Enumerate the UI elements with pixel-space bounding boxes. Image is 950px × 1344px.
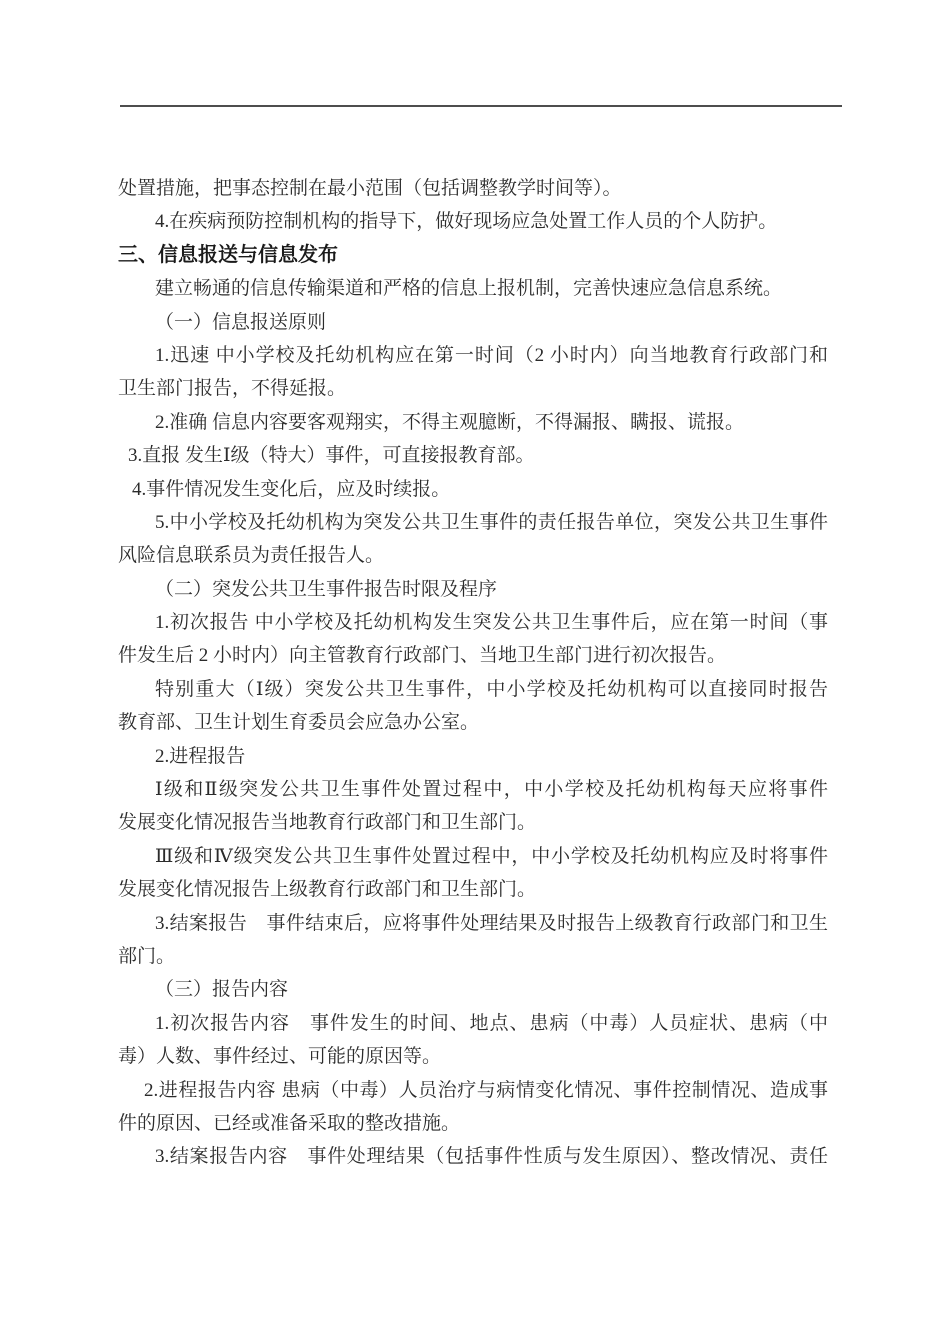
text-line: 件的原因、已经或准备采取的整改措施。 [118, 1107, 828, 1140]
text-line: 处置措施，把事态控制在最小范围（包括调整教学时间等）。 [118, 172, 828, 205]
text-line: 建立畅通的信息传输渠道和严格的信息上报机制，完善快速应急信息系统。 [118, 272, 828, 305]
header-divider [120, 105, 842, 107]
text-line: 3.结案报告 事件结束后，应将事件处理结果及时报告上级教育行政部门和卫生 [118, 907, 828, 940]
text-line: 5.中小学校及托幼机构为突发公共卫生事件的责任报告单位，突发公共卫生事件 [118, 506, 828, 539]
document-body: 处置措施，把事态控制在最小范围（包括调整教学时间等）。4.在疾病预防控制机构的指… [118, 172, 828, 1174]
text-line: Ⅲ级和Ⅳ级突发公共卫生事件处置过程中，中小学校及托幼机构应及时将事件 [118, 840, 828, 873]
text-line: 1.初次报告 中小学校及托幼机构发生突发公共卫生事件后，应在第一时间（事 [118, 606, 828, 639]
text-line: 2.进程报告内容 患病（中毒）人员治疗与病情变化情况、事件控制情况、造成事 [118, 1074, 828, 1107]
text-line: 4.事件情况发生变化后，应及时续报。 [118, 473, 828, 506]
text-line: （三）报告内容 [118, 973, 828, 1006]
text-line: 风险信息联系员为责任报告人。 [118, 539, 828, 572]
text-line: Ⅰ级和Ⅱ级突发公共卫生事件处置过程中，中小学校及托幼机构每天应将事件 [118, 773, 828, 806]
text-line: 发展变化情况报告当地教育行政部门和卫生部门。 [118, 806, 828, 839]
text-line: 2.准确 信息内容要客观翔实，不得主观臆断，不得漏报、瞒报、谎报。 [118, 406, 828, 439]
text-line: 1.迅速 中小学校及托幼机构应在第一时间（2 小时内）向当地教育行政部门和 [118, 339, 828, 372]
text-line: （一）信息报送原则 [118, 306, 828, 339]
text-line: 特别重大（Ⅰ级）突发公共卫生事件，中小学校及托幼机构可以直接同时报告 [118, 673, 828, 706]
text-line: 教育部、卫生计划生育委员会应急办公室。 [118, 706, 828, 739]
section-heading: 三、信息报送与信息发布 [118, 239, 828, 272]
text-line: 1.初次报告内容 事件发生的时间、地点、患病（中毒）人员症状、患病（中 [118, 1007, 828, 1040]
text-line: 发展变化情况报告上级教育行政部门和卫生部门。 [118, 873, 828, 906]
text-line: 2.进程报告 [118, 740, 828, 773]
text-line: 3.结案报告内容 事件处理结果（包括事件性质与发生原因）、整改情况、责任 [118, 1140, 828, 1173]
text-line: （二）突发公共卫生事件报告时限及程序 [118, 573, 828, 606]
text-line: 毒）人数、事件经过、可能的原因等。 [118, 1040, 828, 1073]
text-line: 3.直报 发生Ⅰ级（特大）事件，可直接报教育部。 [118, 439, 828, 472]
document-page: 处置措施，把事态控制在最小范围（包括调整教学时间等）。4.在疾病预防控制机构的指… [0, 0, 950, 1344]
text-line: 部门。 [118, 940, 828, 973]
text-line: 4.在疾病预防控制机构的指导下，做好现场应急处置工作人员的个人防护。 [118, 205, 828, 238]
text-line: 卫生部门报告，不得延报。 [118, 372, 828, 405]
text-line: 件发生后 2 小时内）向主管教育行政部门、当地卫生部门进行初次报告。 [118, 639, 828, 672]
